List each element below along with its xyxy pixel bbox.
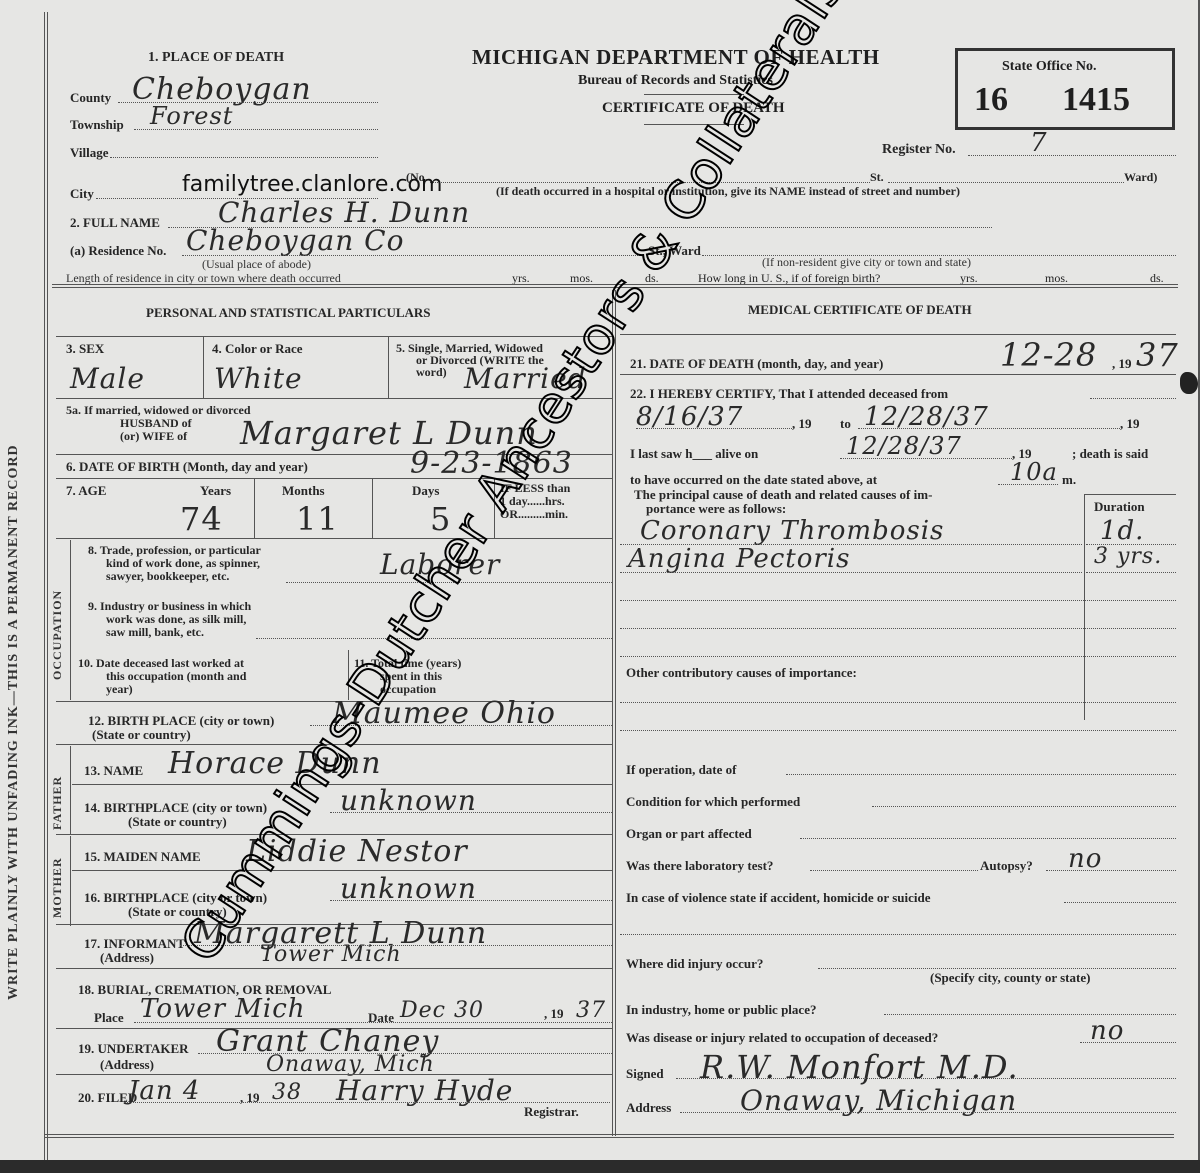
industry-home-line <box>884 1014 1176 1015</box>
full-name-label: 2. FULL NAME <box>70 215 160 231</box>
father-divider <box>70 746 71 834</box>
age-months-label: Months <box>282 483 325 499</box>
mother-divider <box>70 836 71 926</box>
other-causes-line-1 <box>620 702 1176 703</box>
condition-label: Condition for which performed <box>626 794 800 810</box>
occurred-at-label: to have occurred on the date stated abov… <box>630 472 877 488</box>
physician-address-label: Address <box>626 1100 671 1116</box>
last-saw-line <box>840 458 1012 459</box>
age-years-divider <box>254 478 255 538</box>
age-months-divider <box>372 478 373 538</box>
medical-section-title: MEDICAL CERTIFICATE OF DEATH <box>748 302 972 318</box>
injury-where-label: Where did injury occur? <box>626 956 763 972</box>
death-certificate: WRITE PLAINLY WITH UNFADING INK—THIS IS … <box>0 0 1200 1160</box>
medical-rule-2 <box>620 374 1176 375</box>
occupation-related-label: Was disease or injury related to occupat… <box>626 1030 938 1046</box>
city-ward-label: Ward) <box>1124 170 1157 185</box>
sex-race-divider <box>203 336 204 398</box>
medical-rule-1 <box>620 334 1176 335</box>
occupation-divider <box>70 540 71 700</box>
sex-label: 3. SEX <box>66 341 104 357</box>
residence-value: Cheboygan Co <box>186 224 404 257</box>
personal-rule-1 <box>56 336 612 337</box>
county-label: County <box>70 90 111 106</box>
township-line <box>134 129 378 130</box>
other-causes-line-2 <box>620 730 1176 731</box>
duration-rule-top <box>1084 494 1176 495</box>
organ-label: Organ or part affected <box>626 826 752 842</box>
duration-column-rule <box>1084 494 1085 720</box>
duration-line-2 <box>1086 572 1176 573</box>
township-value: Forest <box>150 102 233 130</box>
lab-test-label: Was there laboratory test? <box>626 858 773 874</box>
birthplace-label-2: (State or country) <box>92 727 191 743</box>
age-years-value: 74 <box>180 500 223 538</box>
city-no-line <box>430 182 870 183</box>
usual-place-note: (Usual place of abode) <box>202 257 311 272</box>
duration-label: Duration <box>1094 499 1145 515</box>
violence-label: In case of violence state if accident, h… <box>626 890 931 906</box>
mother-rule-1 <box>72 870 612 871</box>
undertaker-line <box>198 1053 612 1054</box>
registrar-label: Registrar. <box>524 1104 579 1120</box>
specify-note: (Specify city, county or state) <box>930 970 1090 986</box>
city-st-label: St. <box>870 170 884 185</box>
physician-signature: R.W. Monfort M.D. <box>700 1048 1019 1086</box>
industry-home-label: In industry, home or public place? <box>626 1002 816 1018</box>
dod-year-value: 37 <box>1136 336 1179 374</box>
father-birthplace-line <box>330 812 612 813</box>
age-label: 7. AGE <box>66 483 106 499</box>
cause-2-duration: 3 yrs. <box>1094 544 1162 569</box>
operation-line <box>786 774 1176 775</box>
autopsy-label: Autopsy? <box>980 858 1033 874</box>
burial-year-prefix: , 19 <box>544 1006 564 1022</box>
operation-label: If operation, date of <box>626 762 737 778</box>
dod-year-prefix: , 19 <box>1112 356 1132 372</box>
cause-1-duration: 1d. <box>1100 516 1144 546</box>
last-saw-label: I last saw h___ alive on <box>630 446 758 462</box>
death-said-label: ; death is said <box>1072 446 1148 462</box>
organ-line <box>800 838 1176 839</box>
cause-1-value: Coronary Thrombosis <box>640 516 944 546</box>
physician-address-line <box>680 1112 1176 1113</box>
bottom-divider <box>44 1134 1174 1138</box>
occupation-vertical-label: OCCUPATION <box>50 590 65 680</box>
non-resident-note: (If non-resident give city or town and s… <box>762 255 971 270</box>
signed-line <box>676 1078 1176 1079</box>
dod-label: 21. DATE OF DEATH (month, day, and year) <box>630 356 883 372</box>
last-saw-value: 12/28/37 <box>846 432 962 460</box>
attended-to-line <box>858 428 1120 429</box>
violence-line-2 <box>620 934 1176 935</box>
burial-place-label: Place <box>94 1010 124 1026</box>
city-st-line <box>888 182 1124 183</box>
undertaker-label: 19. UNDERTAKER <box>78 1041 189 1057</box>
personal-rule-5 <box>56 538 612 539</box>
cause-line-4 <box>620 628 1176 629</box>
father-name-label: 13. NAME <box>84 763 143 779</box>
side-margin-instruction: WRITE PLAINLY WITH UNFADING INK—THIS IS … <box>6 444 22 1000</box>
cause-intro-2: portance were as follows: <box>646 501 786 517</box>
state-office-number: 1415 <box>1062 81 1130 119</box>
mother-birthplace-line <box>330 900 612 901</box>
father-vertical-label: FATHER <box>50 776 65 830</box>
personal-section-title: PERSONAL AND STATISTICAL PARTICULARS <box>146 305 431 321</box>
father-birthplace-label-2: (State or country) <box>128 814 227 830</box>
injury-where-line <box>818 968 1176 969</box>
burial-year-value: 37 <box>576 998 606 1023</box>
state-office-box: State Office No. 16 1415 <box>955 48 1175 130</box>
state-office-label: State Office No. <box>1002 59 1096 75</box>
dob-label: 6. DATE OF BIRTH (Month, day and year) <box>66 459 308 475</box>
cause-2-value: Angina Pectoris <box>628 544 850 574</box>
age-months-value: 11 <box>296 500 339 538</box>
village-line <box>110 157 378 158</box>
place-of-death-heading: 1. PLACE OF DEATH <box>148 50 284 66</box>
condition-line <box>872 806 1176 807</box>
autopsy-line <box>1046 870 1176 871</box>
attended-from-19: , 19 <box>792 416 812 432</box>
ink-blot <box>1180 372 1198 394</box>
mother-maiden-label: 15. MAIDEN NAME <box>84 849 201 865</box>
attended-to-19: , 19 <box>1120 416 1140 432</box>
register-no-label: Register No. <box>882 142 956 158</box>
informant-address-label: (Address) <box>100 950 154 966</box>
certify-label: 22. I HEREBY CERTIFY, That I attended de… <box>630 386 948 402</box>
filed-line <box>124 1102 610 1103</box>
age-years-label: Years <box>200 483 231 499</box>
burial-place-value: Tower Mich <box>140 994 306 1024</box>
signed-label: Signed <box>626 1066 664 1082</box>
last-worked-label-3: year) <box>106 682 133 697</box>
watermark-site: familytree.clanlore.com <box>182 172 442 197</box>
burial-line <box>134 1022 612 1023</box>
personal-rule-12 <box>56 1074 612 1075</box>
time-of-death-value: 10a <box>1010 458 1058 486</box>
age-days-label: Days <box>412 483 439 499</box>
informant-line <box>180 945 612 946</box>
race-label: 4. Color or Race <box>212 341 303 357</box>
burial-date-value: Dec 30 <box>400 998 484 1023</box>
center-column-rule <box>612 290 616 1136</box>
cause-line-5 <box>620 656 1176 657</box>
filed-year-prefix: , 19 <box>240 1090 260 1106</box>
register-line <box>968 155 1176 156</box>
race-marital-divider <box>388 336 389 398</box>
personal-rule-10 <box>56 968 612 969</box>
attended-to-label: to <box>840 416 851 432</box>
lab-test-line <box>810 870 978 871</box>
spouse-label-3: (or) WIFE of <box>120 429 187 444</box>
left-frame-rule <box>44 12 48 1160</box>
cause-line-2 <box>620 572 1082 573</box>
industry-label-3: saw mill, bank, etc. <box>106 625 204 640</box>
city-label: City <box>70 186 94 202</box>
certify-line <box>1090 398 1176 399</box>
township-label: Township <box>70 117 124 133</box>
am-pm-label: m. <box>1062 472 1076 488</box>
mother-vertical-label: MOTHER <box>50 857 65 918</box>
attended-from-line <box>636 428 792 429</box>
marital-label-3: word) <box>416 365 447 380</box>
sex-value: Male <box>70 362 145 395</box>
trade-label-3: sawyer, bookkeeper, etc. <box>106 569 229 584</box>
village-label: Village <box>70 145 109 161</box>
cause-line-3 <box>620 600 1176 601</box>
violence-line <box>1064 902 1176 903</box>
race-value: White <box>214 362 303 395</box>
dod-value: 12-28 <box>1000 336 1097 374</box>
other-causes-label: Other contributory causes of importance: <box>626 665 857 681</box>
occupation-related-line <box>1080 1042 1176 1043</box>
register-no-value: 7 <box>1030 128 1048 158</box>
time-line <box>998 484 1058 485</box>
undertaker-address-label: (Address) <box>100 1057 154 1073</box>
residence-line <box>182 255 642 256</box>
residence-label: (a) Residence No. <box>70 243 166 259</box>
state-office-prefix: 16 <box>974 81 1008 119</box>
